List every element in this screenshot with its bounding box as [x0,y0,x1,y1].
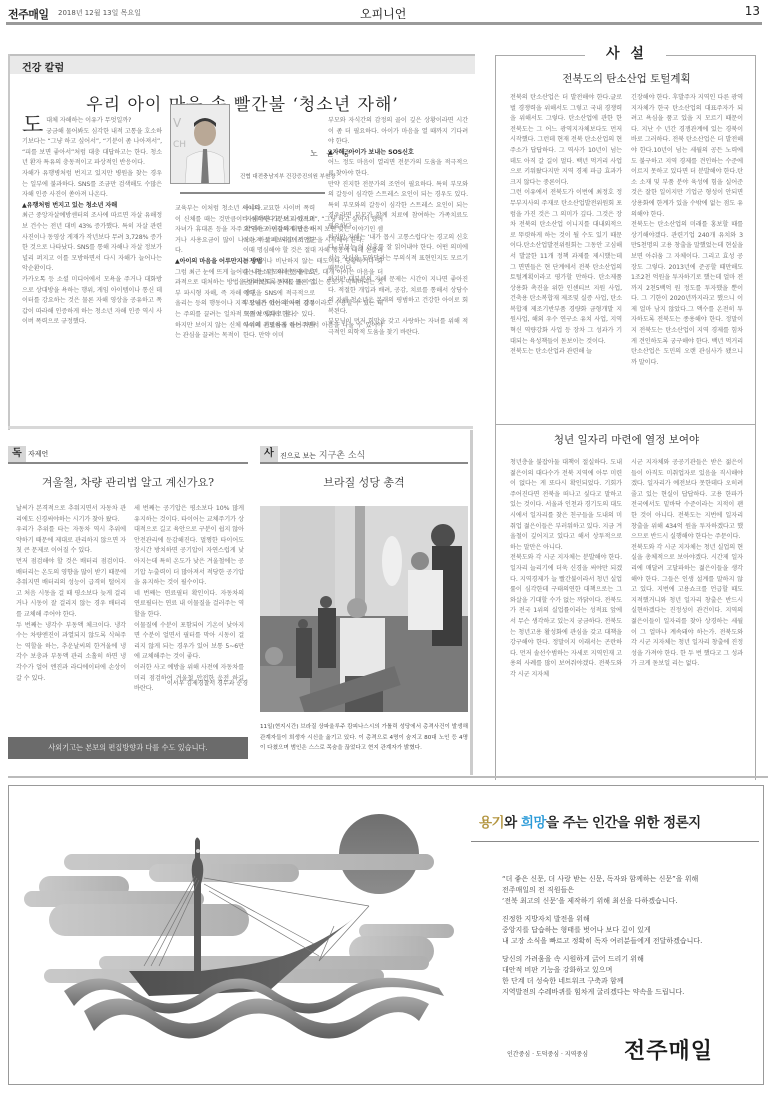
portrait-image: V CH [171,105,230,184]
issue-date: 2018년 12월 13일 목요일 [58,8,141,18]
section-title: 오피니언 [360,5,406,22]
reader-letter-col-1: 날씨가 본격적으로 추워지면서 자동차 관리에도 신경써야하는 시기가 찾아 왔… [16,504,126,684]
subheading: ▲자해, 아이가 보내는 SOS신호 [328,148,468,159]
news-photo [260,506,468,712]
editorial-box: 사 설 전북도의 탄소산업 토털계획 전북의 탄소산업은 더 발전해야 한다.글… [495,55,756,425]
photo-news-header: 사 진으로 보는 지구촌 소식 [260,446,468,464]
editorial-2-title: 청년 일자리 마련에 열정 보여야 [496,432,757,447]
page-number: 13 [745,4,760,18]
photo-news-title: 브라질 성당 총격 [260,474,468,490]
dropcap: 도 [22,116,43,136]
house-ad: 용기와 희망을 주는 인간을 위한 정론지 “더 좋은 신문, 더 사랑 받는 … [8,785,764,1085]
section-divider [8,776,768,778]
headline-hope: 희망 [521,815,546,831]
health-column-label-bar: 건강 칼럼 [10,54,475,74]
author-portrait: V CH [170,104,230,184]
section-label: 진으로 보는 지구촌 소식 [280,448,365,461]
editorial-2-col-1: 청년층을 불잡아둘 대책이 절실하다. 도내 젊은이의 대다수가 전북 지역에 … [510,458,622,680]
section-label: 자제언 [28,449,48,459]
ad-paragraph: “더 좋은 신문, 더 사랑 받는 신문, 독자와 함께하는 신문”을 위해 전… [502,874,762,907]
reader-letter-col-2: 세 번째는 공기압은 평소보다 10% 많게 유지하는 것이다. 타이어는 교체… [134,504,244,695]
column-divider [470,430,473,775]
reader-letter-header: 독 자제언 [8,446,248,464]
newspaper-brand: 전주매일 [8,6,49,22]
contribution-notice: 사외기고는 본보의 편집방향과 다를 수도 있습니다. [8,737,248,759]
svg-text:V: V [173,116,182,130]
ad-logo: 전주매일 [624,1034,713,1065]
editorial-col-1: 전북의 탄소산업은 더 발전해야 한다.글로벌 경쟁력을 위해서도 그렇고 국내… [510,93,622,358]
health-column-bottom-rule [8,426,473,429]
headline-courage: 용기 [479,815,504,831]
editorial-box-2: 청년 일자리 마련에 열정 보여야 청년층을 불잡아둘 대책이 절실하다. 도내… [495,425,756,780]
editorial-kicker: 사 설 [496,43,757,63]
editorial-2-col-2: 시군 지자체와 공공기관들은 받은 젊은이들이 아직도 미취업자로 있음을 직시… [631,458,743,670]
ad-copy: “더 좋은 신문, 더 사랑 받는 신문, 독자와 함께하는 신문”을 위해 전… [502,874,762,1005]
author-title: 건협 대전충남지부 건강증진의원 부원장 [240,172,336,180]
health-col-4: 부모와 자식간의 감정의 골이 깊은 상황이라면 시간이 좀 더 필요하다. 아… [328,116,468,338]
author-divider [180,192,325,194]
editorial-title: 전북도의 탄소산업 토털계획 [496,71,757,86]
ad-headline-rule [471,841,759,842]
photo-caption: 11일(현지시간) 브라질 상파울루주 캄피나스시의 가톨릭 성당에서 총격사건… [260,722,468,754]
reader-letter: 독 자제언 겨울철, 차량 관리법 알고 계신가요? 날씨가 본격적으로 추워지… [8,446,248,756]
subheading: ▲유행처럼 번지고 있는 청소년 자해 [22,201,162,212]
health-column-label: 건강 칼럼 [22,59,64,74]
health-col-1: 도 대체 자해하는 이유가 무엇일까? 궁금해 물어봐도 심각한 내적 고통을 … [22,116,162,328]
editorial-col-2: 긴장해야 한다. 후발주자 지역인 다른 광역지자체가 한국 탄소산업의 대표주… [631,93,743,368]
health-column: 건강 칼럼 우리 아이 마음 속 빨간불 ‘청소년 자해’ 도 대체 자해하는 … [8,54,473,430]
header-rule [6,22,762,25]
ad-slogan: 인간중심 · 도덕중심 · 지역중심 [507,1049,588,1058]
ad-paragraph: 진정한 지방자치 발전을 위해 중앙지를 답습하는 형태를 벗어나 보다 깊이 … [502,914,762,947]
reader-letter-byline: 이서우 김제경찰서 경무과 순경 [167,678,248,687]
ad-paragraph: 당신의 가려움을 속 시원하게 긁어 드리기 위해 대안적 비판 기능을 강화하… [502,954,762,998]
ad-headline: 용기와 희망을 주는 인간을 위한 정론지 [479,811,701,831]
church-scene-image [260,506,468,712]
photo-news: 사 진으로 보는 지구촌 소식 브라질 성당 총격 11일(현지시간) 브라질 [260,446,468,776]
reader-letter-title: 겨울철, 차량 관리법 알고 계신가요? [8,474,248,490]
section-cap: 사 [260,446,278,462]
ship-illustration [19,796,459,1066]
health-column-title: 우리 아이 마음 속 빨간불 ‘청소년 자해’ [10,90,475,115]
masthead: 전주매일 2018년 12월 13일 목요일 오피니언 13 [8,4,764,24]
svg-text:CH: CH [173,140,186,150]
section-cap: 독 [8,446,26,462]
